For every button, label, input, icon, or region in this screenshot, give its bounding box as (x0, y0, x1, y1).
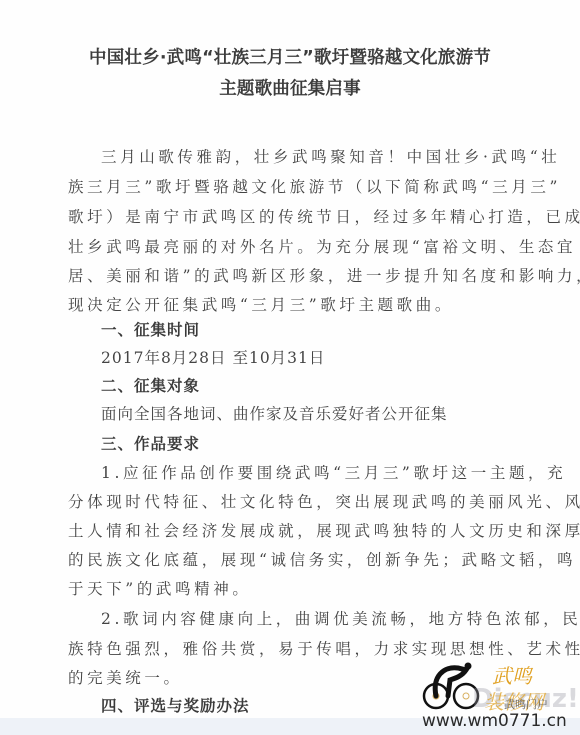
section-line: 2.歌词内容健康向上，曲调优美流畅，地方特色浓郁，民 (101, 607, 580, 629)
intro-line: 族三月三”歌圩暨骆越文化旅游节（以下简称武鸣“三月三” (68, 175, 561, 197)
site-watermark: 武鸣 Discuz! 装修网 武鸣门户 www.wm0771.cn (422, 656, 580, 735)
section-line: 的完美统一。 (68, 666, 183, 688)
section-line: 分体现时代特征、壮文化特色，突出展现武鸣的美丽风光、风 (68, 490, 580, 512)
intro-line: 居、美丽和谐”的武鸣新区形象，进一步提升知名度和影响力， (68, 264, 580, 286)
watermark-sub-text: 武鸣门户 (504, 696, 548, 712)
section-heading-target: 二、征集对象 (101, 374, 200, 396)
intro-line: 壮乡武鸣最亮丽的对外名片。为充分展现“富裕文明、生态宜 (68, 235, 576, 257)
document-page: 中国壮乡·武鸣“壮族三月三”歌圩暨骆越文化旅游节 主题歌曲征集启事 三月山歌传雅… (0, 0, 580, 718)
document-title-line2: 主题歌曲征集启事 (0, 75, 580, 100)
section-line: 2017年8月28日 至10月31日 (101, 346, 325, 368)
section-line: 的民族文化底蕴，展现“诚信务实，创新争先；武略文韬，鸣 (68, 548, 576, 570)
section-heading-requirements: 三、作品要求 (101, 432, 200, 454)
section-heading-awards: 四、评选与奖励办法 (101, 694, 250, 716)
section-heading-time: 一、征集时间 (101, 318, 200, 340)
intro-line: 现决定公开征集武鸣“三月三”歌圩主题歌曲。 (68, 293, 454, 315)
document-title-line1: 中国壮乡·武鸣“壮族三月三”歌圩暨骆越文化旅游节 (0, 44, 580, 69)
intro-line: 三月山歌传雅韵，壮乡武鸣聚知音！中国壮乡·武鸣“壮 (101, 145, 560, 167)
section-line: 面向全国各地词、曲作家及音乐爱好者公开征集 (101, 402, 448, 424)
section-line: 1.应征作品创作要围绕武鸣“三月三”歌圩这一主题，充 (101, 461, 566, 483)
watermark-url: www.wm0771.cn (422, 711, 567, 731)
section-line: 于天下”的武鸣精神。 (68, 577, 251, 599)
section-line: 土人情和社会经济发展成就，展现武鸣独特的人文历史和深厚 (68, 519, 580, 541)
intro-line: 歌圩）是南宁市武鸣区的传统节日，经过多年精心打造，已成为 (68, 205, 580, 227)
